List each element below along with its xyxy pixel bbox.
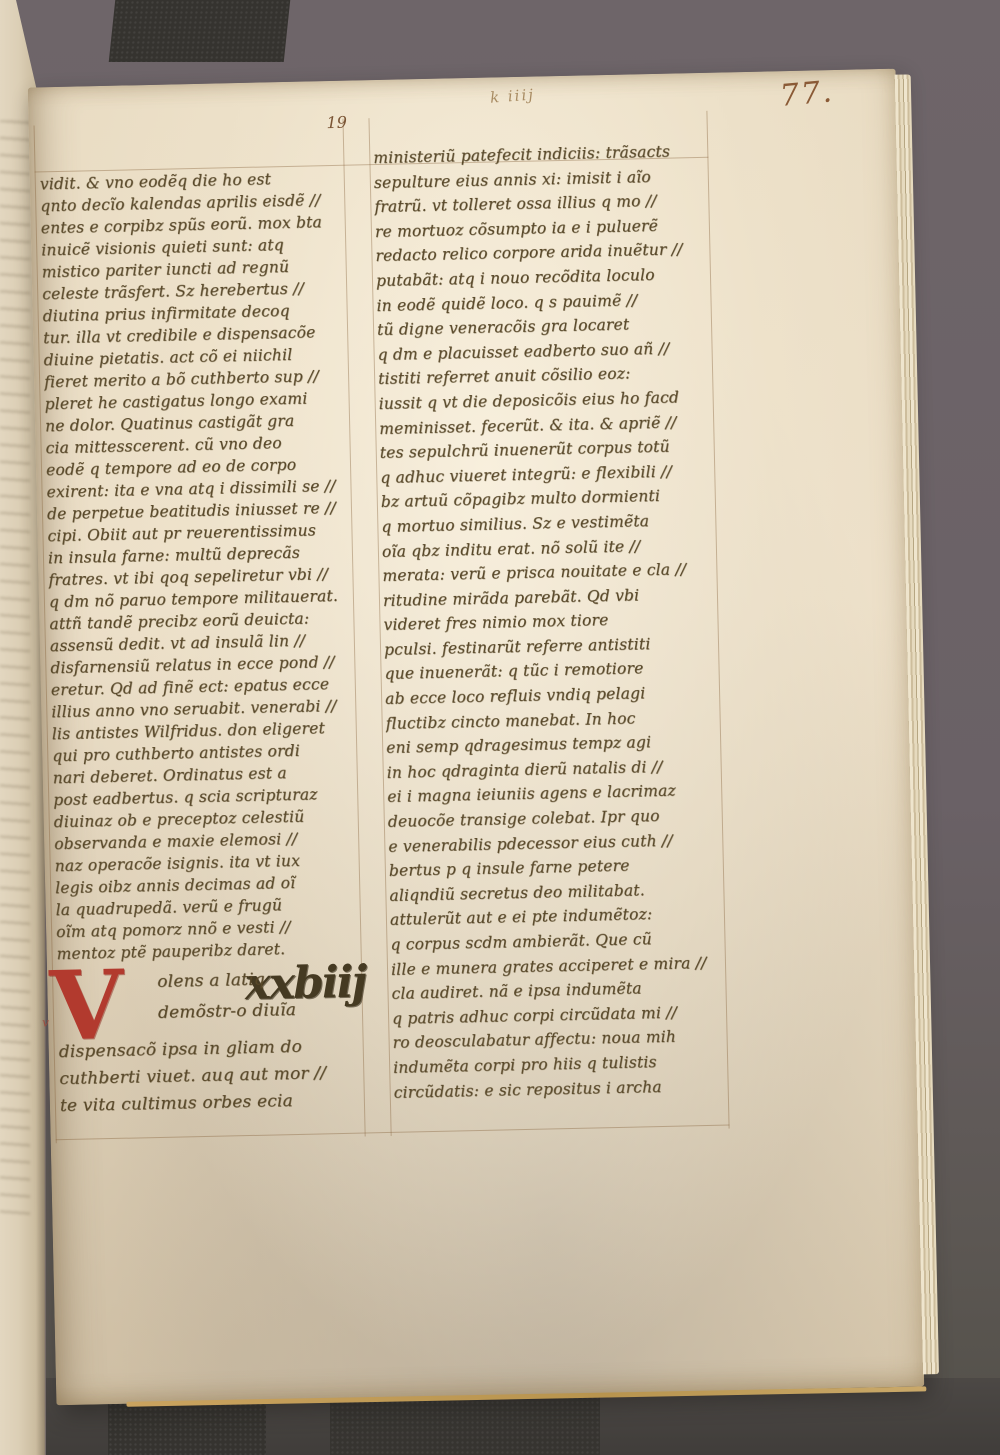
text-line: te vita cultimus orbes ecia (60, 1086, 367, 1120)
quire-signature: k iiij (489, 85, 535, 106)
text-column-left: vidit. & vno eodẽq die ho estqnto decĩo … (40, 167, 368, 1169)
chapter-opening: v V xxbiij olens a latiqdemõstr-o diuĩa … (57, 963, 367, 1170)
chapter-lines-beside-initial: olens a latiqdemõstr-o diuĩa (157, 963, 364, 1029)
chapter-lines-after: dispensacõ ipsa in gliam docuthberti viu… (58, 1033, 366, 1121)
binding-support-block-top (109, 0, 291, 62)
leaf-mark: 19 (326, 113, 347, 132)
guide-letter: v (42, 1015, 49, 1029)
text-line: olens a latiq (157, 963, 364, 998)
folio-number: 77. (779, 74, 836, 114)
facing-page-ghost-text (0, 120, 30, 1220)
text-column-right: ministeriũ patefecit indiciis: trãsactss… (373, 139, 732, 1105)
page-edge-stack (895, 74, 939, 1374)
right-column-lines: ministeriũ patefecit indiciis: trãsactss… (373, 139, 732, 1105)
left-column-lines: vidit. & vno eodẽq die ho estqnto decĩo … (40, 167, 363, 965)
parchment-page: 77. k iiij 19 vidit. & vno eodẽq die ho … (28, 69, 925, 1406)
text-line: demõstr-o diuĩa (158, 994, 365, 1029)
